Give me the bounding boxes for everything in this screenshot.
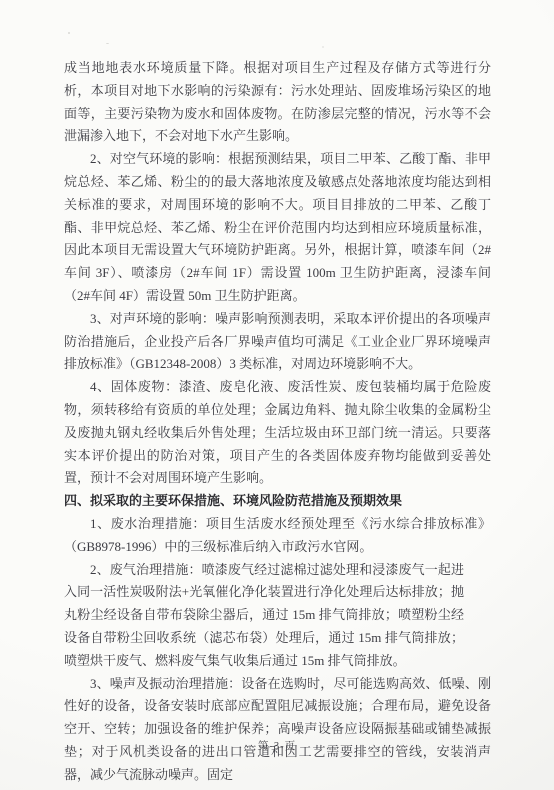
scanned-document-page: 成当地地表水环境质量下降。根据对项目生产过程及存储方式等进行分析，本项目对地下水… — [0, 0, 554, 790]
paragraph-solid-waste: 4、固体废物：漆渣、废皂化液、废活性炭、废包装桶均属于危险废物，须转移给有资质的… — [64, 376, 491, 490]
paragraph-wastewater-treatment: 1、废水治理措施：项目生活废水经预处理至《污水综合排放标准》（GB8978-19… — [64, 513, 491, 559]
scan-artifact — [322, 46, 324, 48]
paragraph-exhaust-gas-treatment: 2、废气治理措施：喷漆废气经过滤棉过滤处理和浸漆废气一起进入同一活性炭吸附法+光… — [64, 559, 491, 673]
scan-artifact — [106, 43, 109, 44]
paragraph-air-environment-impact: 2、对空气环境的影响：根据预测结果，项目二甲苯、乙酸丁酯、非甲烷总烃、苯乙烯、粉… — [64, 148, 491, 308]
scan-artifact — [68, 32, 70, 34]
page-number: 第-3-页 — [0, 738, 554, 753]
paragraph-noise-vibration-treatment: 3、噪声及振动治理措施：设备在选购时，尽可能选购高效、低噪、刚性好的设备，设备安… — [64, 673, 491, 787]
paragraph-groundwater-impact: 成当地地表水环境质量下降。根据对项目生产过程及存储方式等进行分析，本项目对地下水… — [64, 57, 491, 148]
section-heading-environmental-measures: 四、拟采取的主要环保措施、环境风险防范措施及预期效果 — [64, 490, 491, 513]
paragraph-noise-environment-impact: 3、对声环境的影响：噪声影响预测表明，采取本评价提出的各项噪声防治措施后，企业投… — [64, 308, 491, 376]
document-body: 成当地地表水环境质量下降。根据对项目生产过程及存储方式等进行分析，本项目对地下水… — [64, 57, 491, 787]
